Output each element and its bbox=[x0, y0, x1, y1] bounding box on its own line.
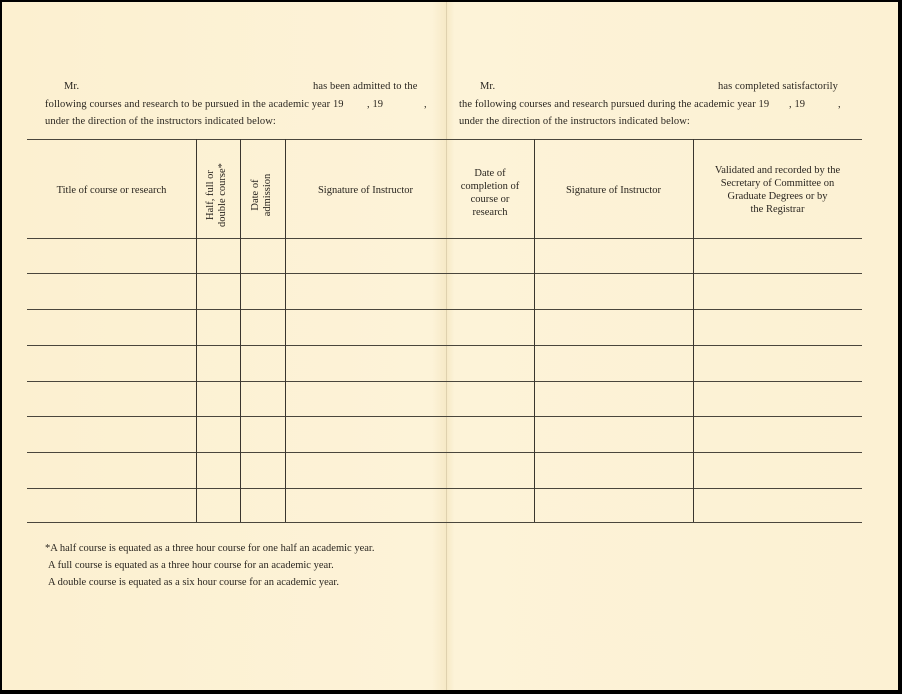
header-course-type-line2: double course* bbox=[217, 143, 229, 247]
header-date-line1: Date of bbox=[250, 143, 262, 247]
row-rule bbox=[27, 488, 862, 489]
footnote-double-course: A double course is equated as a six hour… bbox=[48, 577, 339, 588]
right-completed-text: has completed satisfactorily bbox=[718, 81, 838, 92]
header-validated-line4: the Registrar bbox=[693, 203, 862, 216]
header-date-of-admission: Date of admission bbox=[250, 143, 276, 247]
footnote-full-course: A full course is equated as a three hour… bbox=[48, 560, 334, 571]
row-rule bbox=[27, 416, 862, 417]
row-rule bbox=[27, 273, 862, 274]
left-line2-end: , bbox=[424, 99, 427, 110]
header-date-line2: admission bbox=[262, 143, 274, 247]
header-completion-line2: completion of bbox=[446, 180, 534, 193]
header-validated-by: Validated and recorded by the Secretary … bbox=[693, 164, 862, 216]
header-date-of-completion: Date of completion of course or research bbox=[446, 167, 534, 219]
header-title-of-course: Title of course or research bbox=[27, 184, 196, 197]
header-completion-line1: Date of bbox=[446, 167, 534, 180]
left-line3: under the direction of the instructors i… bbox=[45, 116, 276, 127]
header-completion-line4: research bbox=[446, 206, 534, 219]
footnote-half-course: *A half course is equated as a three hou… bbox=[45, 543, 374, 554]
header-validated-line1: Validated and recorded by the bbox=[693, 164, 862, 177]
right-year2: , 19 bbox=[789, 99, 805, 110]
left-year2: , 19 bbox=[367, 99, 383, 110]
row-rule bbox=[27, 309, 862, 310]
header-bottom-rule bbox=[27, 238, 862, 239]
col-rule-left-1 bbox=[196, 139, 197, 522]
left-admitted-text: has been admitted to the bbox=[313, 81, 417, 92]
header-signature-left: Signature of Instructor bbox=[285, 184, 446, 197]
header-validated-line2: Secretary of Committee on bbox=[693, 177, 862, 190]
header-course-type-line1: Half, full or bbox=[205, 143, 217, 247]
page-fold bbox=[446, 2, 447, 690]
row-rule bbox=[27, 381, 862, 382]
right-line2: the following courses and research pursu… bbox=[459, 99, 769, 110]
row-rule bbox=[27, 345, 862, 346]
table-top-rule bbox=[27, 139, 862, 140]
left-salutation: Mr. bbox=[64, 81, 79, 92]
right-line2-end: , bbox=[838, 99, 841, 110]
left-line2: following courses and research to be pur… bbox=[45, 99, 344, 110]
form-sheet: Mr. has been admitted to the following c… bbox=[2, 2, 898, 690]
header-validated-line3: Graduate Degrees or by bbox=[693, 190, 862, 203]
header-signature-right: Signature of Instructor bbox=[534, 184, 693, 197]
right-salutation: Mr. bbox=[480, 81, 495, 92]
right-line3: under the direction of the instructors i… bbox=[459, 116, 690, 127]
header-course-type: Half, full or double course* bbox=[205, 143, 231, 247]
col-rule-left-2 bbox=[240, 139, 241, 522]
table-bottom-rule bbox=[27, 522, 862, 523]
header-completion-line3: course or bbox=[446, 193, 534, 206]
row-rule bbox=[27, 452, 862, 453]
